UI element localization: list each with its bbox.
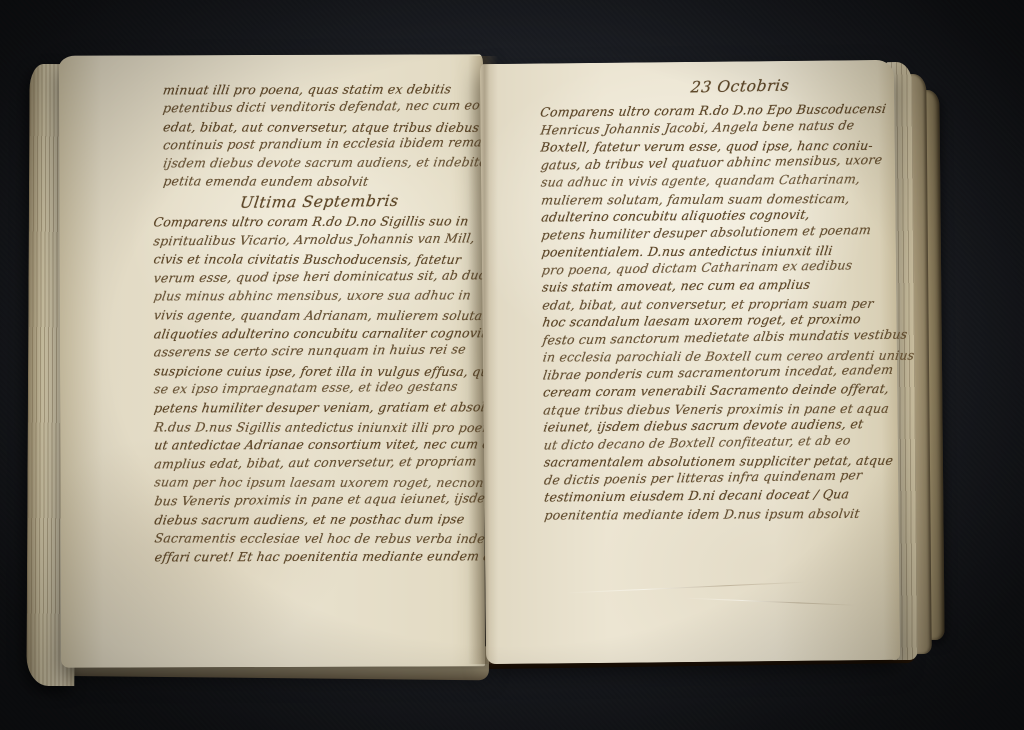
manuscript-line: bus Veneris proximis in pane et aqua iei… xyxy=(153,489,484,511)
right-page: 23 Octobris Comparens ultro coram R.do D… xyxy=(480,60,900,664)
manuscript-line: amplius edat, bibat, aut conversetur, et… xyxy=(153,452,484,474)
manuscript-line: vivis agente, quandam Adrianam, mulierem… xyxy=(153,306,483,325)
left-page: minuat illi pro poena, quas statim ex de… xyxy=(59,54,485,667)
manuscript-line: testimonium eiusdem D.ni decani doceat /… xyxy=(543,485,898,506)
paper-crease xyxy=(686,598,856,606)
manuscript-line: ijsdem diebus devote sacrum audiens, et … xyxy=(162,153,487,172)
manuscript-line: continuis post prandium in ecclesia ibid… xyxy=(162,133,487,154)
manuscript-line: Sacramentis ecclesiae vel hoc de rebus v… xyxy=(153,530,483,549)
left-page-entry-paragraph: Comparens ultro coram R.do D.no Sigillis… xyxy=(153,212,482,566)
manuscript-line: effari curet! Et hac poenitentia mediant… xyxy=(153,547,484,567)
manuscript-line: poenitentia mediante idem D.nus ipsum ab… xyxy=(543,504,897,523)
manuscript-line: petita emenda eundem absolvit xyxy=(162,173,486,192)
manuscript-line: asserens se certo scire nunquam in huius… xyxy=(153,340,484,362)
manuscript-line: ceream coram venerabili Sacramento deind… xyxy=(542,380,897,401)
manuscript-line: R.dus D.nus Sigillis antedictus iniunxit… xyxy=(153,418,483,437)
manuscript-line: petens humiliter desuper veniam, gratiam… xyxy=(153,398,484,418)
left-page-top-paragraph: minuat illi pro poena, quas statim ex de… xyxy=(163,80,485,191)
manuscript-line: verum esse, quod ipse heri dominicatus s… xyxy=(152,266,483,288)
left-page-date-heading: Ultima Septembris xyxy=(168,191,471,213)
manuscript-line: se ex ipso impraegnatam esse, et ideo ge… xyxy=(153,378,484,400)
manuscript-line: diebus sacrum audiens, et ne posthac dum… xyxy=(153,510,484,530)
manuscript-line: plus minus abhinc mensibus, uxore sua ad… xyxy=(152,287,483,307)
manuscript-line: sua adhuc in vivis agente, quandam Catha… xyxy=(540,170,895,191)
right-page-entry-paragraph: Comparens ultro coram R.do D.no Epo Busc… xyxy=(540,100,896,524)
paper-crease xyxy=(565,582,805,594)
manuscript-line: petentibus dicti venditoris defendat, ne… xyxy=(162,97,487,118)
manuscript-line: suis statim amoveat, nec cum ea amplius xyxy=(541,275,896,296)
right-page-date-heading: 23 Octobris xyxy=(599,75,881,98)
manuscript-photo: minuat illi pro poena, quas statim ex de… xyxy=(0,0,1024,730)
manuscript-line: spiritualibus Vicario, Arnoldus Johannis… xyxy=(152,229,483,251)
